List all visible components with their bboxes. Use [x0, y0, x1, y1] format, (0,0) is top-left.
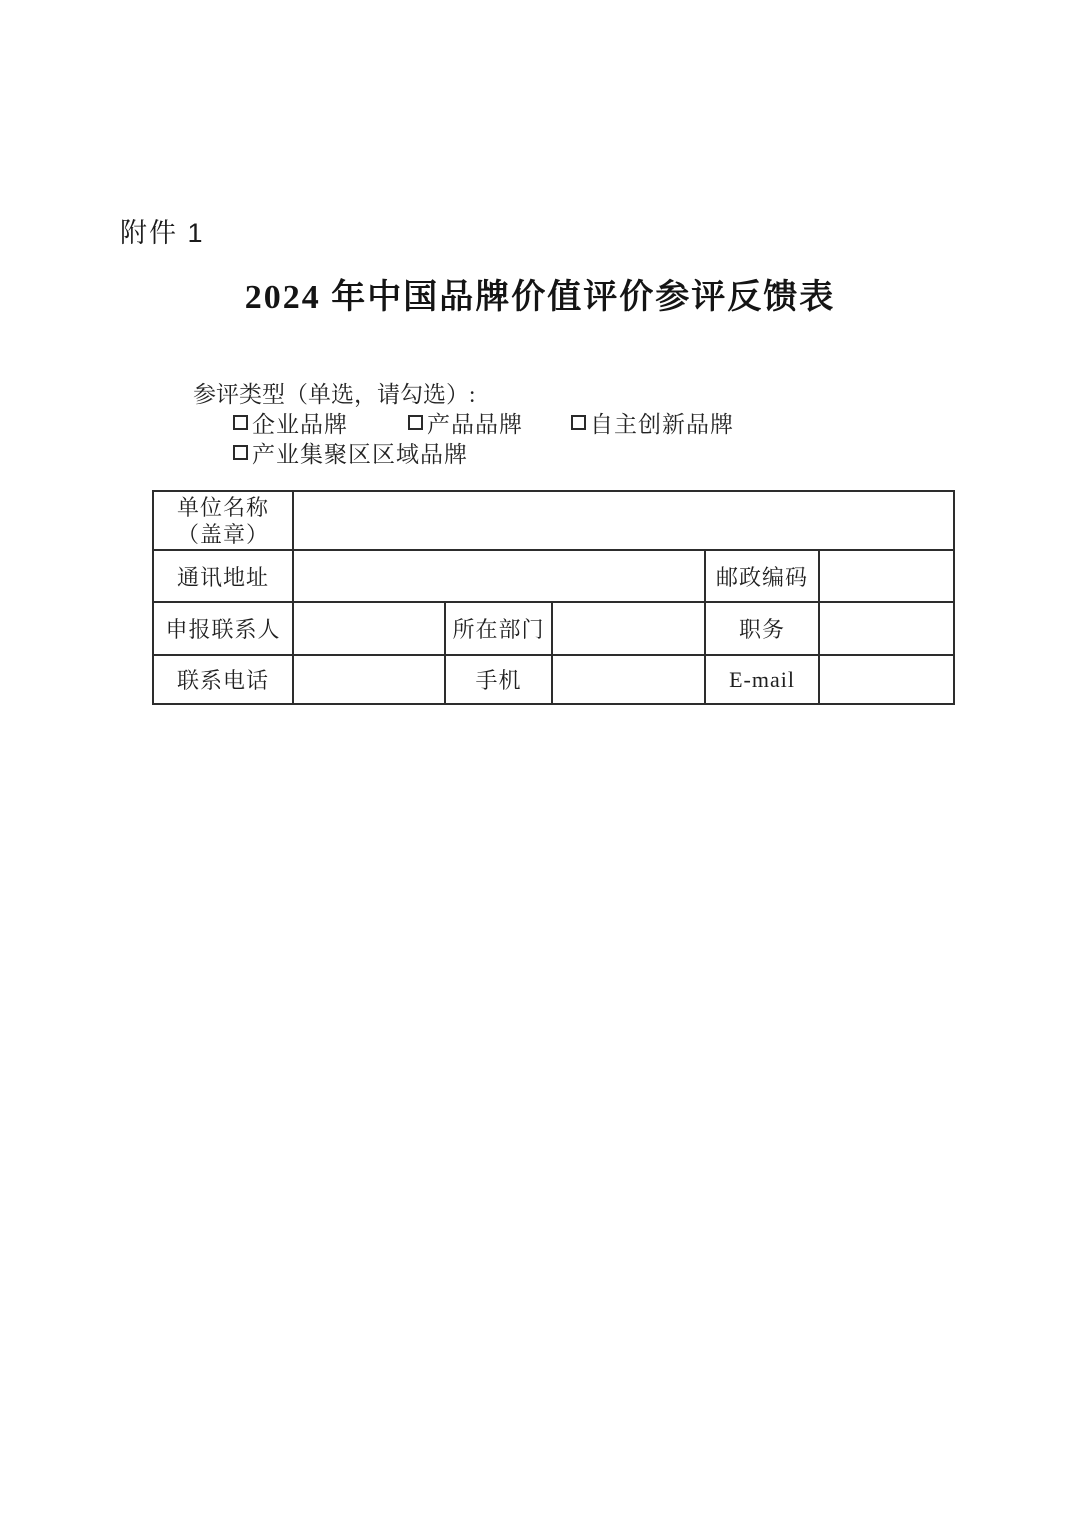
participation-type-prompt: 参评类型（单选，请勾选）:: [193, 376, 475, 409]
checkbox-option-product-brand[interactable]: 产品品牌: [408, 406, 523, 439]
address-input-cell[interactable]: [293, 550, 705, 602]
checkbox-icon[interactable]: [571, 415, 586, 430]
mobile-label-cell: 手机: [445, 655, 552, 704]
position-label-cell: 职务: [705, 602, 819, 655]
email-label-cell: E-mail: [705, 655, 819, 704]
checkbox-icon[interactable]: [408, 415, 423, 430]
department-label-cell: 所在部门: [445, 602, 552, 655]
postal-code-label-cell: 邮政编码: [705, 550, 819, 602]
department-input-cell[interactable]: [552, 602, 705, 655]
contact-info-table: 单位名称 （盖章） 通讯地址 邮政编码 申报联系人 所在部门 职务: [152, 490, 955, 705]
checkbox-option-label: 产业集聚区区域品牌: [252, 436, 468, 469]
checkbox-option-label: 自主创新品牌: [590, 406, 734, 439]
contact-input-cell[interactable]: [293, 602, 445, 655]
checkbox-option-enterprise-brand[interactable]: 企业品牌: [233, 406, 348, 439]
phone-input-cell[interactable]: [293, 655, 445, 704]
phone-label-cell: 联系电话: [153, 655, 293, 704]
checkbox-option-label: 产品品牌: [427, 406, 523, 439]
attachment-label: 附件 1: [120, 211, 205, 250]
position-input-cell[interactable]: [819, 602, 954, 655]
table-row-address: 通讯地址 邮政编码: [153, 550, 954, 602]
page-title: 2024 年中国品牌价值评价参评反馈表: [0, 269, 1080, 318]
checkbox-icon[interactable]: [233, 415, 248, 430]
table-row-unit-name: 单位名称 （盖章）: [153, 491, 954, 550]
mobile-input-cell[interactable]: [552, 655, 705, 704]
unit-name-input-cell[interactable]: [293, 491, 954, 550]
table-row-contact: 申报联系人 所在部门 职务: [153, 602, 954, 655]
document-page: 附件 1 2024 年中国品牌价值评价参评反馈表 参评类型（单选，请勾选）: 企…: [0, 0, 1080, 1527]
email-input-cell[interactable]: [819, 655, 954, 704]
checkbox-option-independent-innovation-brand[interactable]: 自主创新品牌: [571, 406, 734, 439]
checkbox-option-industrial-cluster-regional-brand[interactable]: 产业集聚区区域品牌: [233, 436, 468, 469]
checkbox-icon[interactable]: [233, 445, 248, 460]
unit-name-label-line2: （盖章）: [158, 521, 288, 548]
contact-label-cell: 申报联系人: [153, 602, 293, 655]
unit-name-label-line1: 单位名称: [158, 494, 288, 521]
checkbox-option-label: 企业品牌: [252, 406, 348, 439]
address-label-cell: 通讯地址: [153, 550, 293, 602]
unit-name-label-cell: 单位名称 （盖章）: [153, 491, 293, 550]
postal-code-input-cell[interactable]: [819, 550, 954, 602]
table-row-phone: 联系电话 手机 E-mail: [153, 655, 954, 704]
